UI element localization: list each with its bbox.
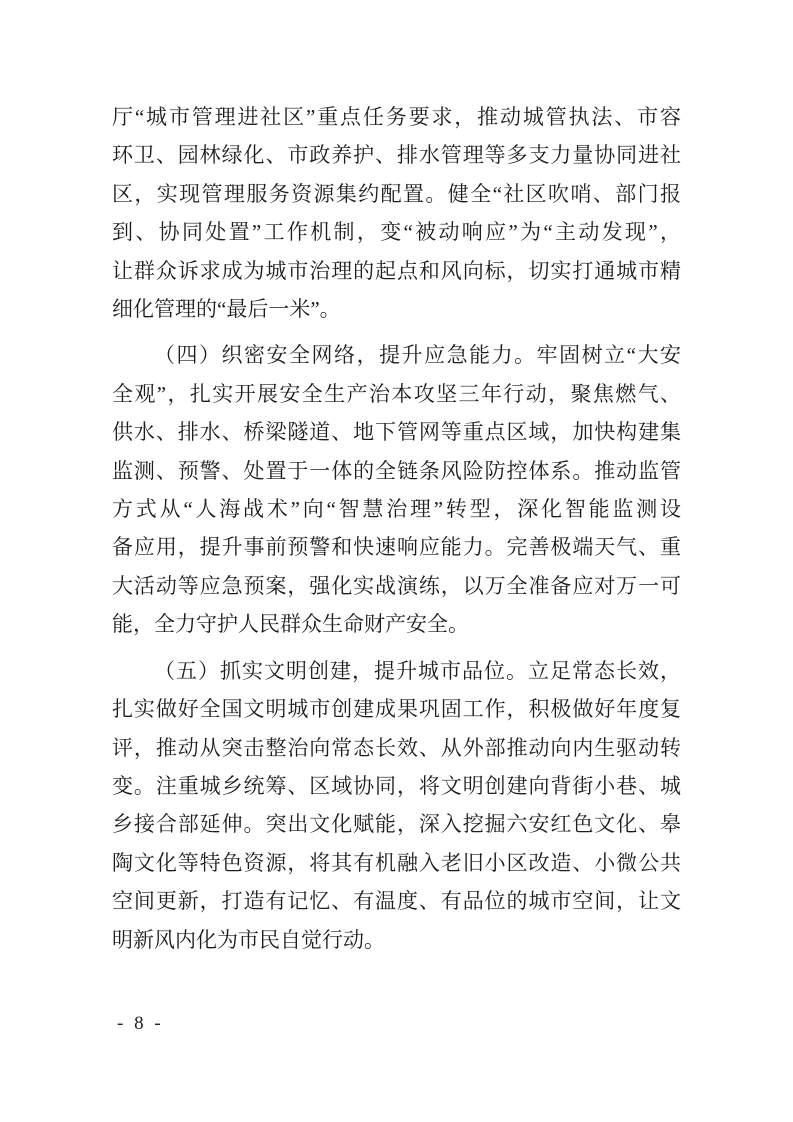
text-line: 明新风内化为市民自觉行动。 [112, 921, 681, 959]
text-line: 细化管理的“最后一米”。 [112, 290, 681, 328]
text-line: 变。注重城乡统筹、区域协同，将文明创建向背街小巷、城 [112, 767, 681, 805]
text-line: 全观”，扎实开展安全生产治本攻坚三年行动，聚焦燃气、 [112, 375, 681, 413]
text-line: 厅“城市管理进社区”重点任务要求，推动城管执法、市容 [112, 98, 681, 136]
text-line: 陶文化等特色资源，将其有机融入老旧小区改造、小微公共 [112, 844, 681, 882]
text-line: 供水、排水、桥梁隧道、地下管网等重点区域，加快构建集 [112, 413, 681, 451]
text-line: 方式从“人海战术”向“智慧治理”转型，深化智能监测设 [112, 490, 681, 528]
text-line: 空间更新，打造有记忆、有温度、有品位的城市空间，让文 [112, 882, 681, 920]
text-line: 备应用，提升事前预警和快速响应能力。完善极端天气、重 [112, 528, 681, 566]
paragraph-section-5: （五）抓实文明创建，提升城市品位。立足常态长效， 扎实做好全国文明城市创建成果巩… [112, 652, 681, 959]
text-line: 环卫、园林绿化、市政养护、排水管理等多支力量协同进社 [112, 136, 681, 174]
text-line: （五）抓实文明创建，提升城市品位。立足常态长效， [112, 652, 681, 690]
page-number: - 8 - [117, 1013, 164, 1035]
paragraph-continuation: 厅“城市管理进社区”重点任务要求，推动城管执法、市容 环卫、园林绿化、市政养护、… [112, 98, 681, 328]
text-line: 大活动等应急预案，强化实战演练，以万全准备应对万一可 [112, 567, 681, 605]
text-line: 扎实做好全国文明城市创建成果巩固工作，积极做好年度复 [112, 690, 681, 728]
paragraph-section-4: （四）织密安全网络，提升应急能力。牢固树立“大安 全观”，扎实开展安全生产治本攻… [112, 336, 681, 643]
text-line: 评，推动从突击整治向常态长效、从外部推动向内生驱动转 [112, 729, 681, 767]
text-line: 监测、预警、处置于一体的全链条风险防控体系。推动监管 [112, 452, 681, 490]
document-body-text: 厅“城市管理进社区”重点任务要求，推动城管执法、市容 环卫、园林绿化、市政养护、… [112, 98, 681, 959]
document-page: 厅“城市管理进社区”重点任务要求，推动城管执法、市容 环卫、园林绿化、市政养护、… [0, 0, 793, 1122]
text-line: 区，实现管理服务资源集约配置。健全“社区吹哨、部门报 [112, 175, 681, 213]
text-line: （四）织密安全网络，提升应急能力。牢固树立“大安 [112, 336, 681, 374]
text-line: 到、协同处置”工作机制，变“被动响应”为“主动发现”， [112, 213, 681, 251]
text-line: 能，全力守护人民群众生命财产安全。 [112, 605, 681, 643]
text-line: 让群众诉求成为城市治理的起点和风向标，切实打通城市精 [112, 252, 681, 290]
text-line: 乡接合部延伸。突出文化赋能，深入挖掘六安红色文化、皋 [112, 805, 681, 843]
